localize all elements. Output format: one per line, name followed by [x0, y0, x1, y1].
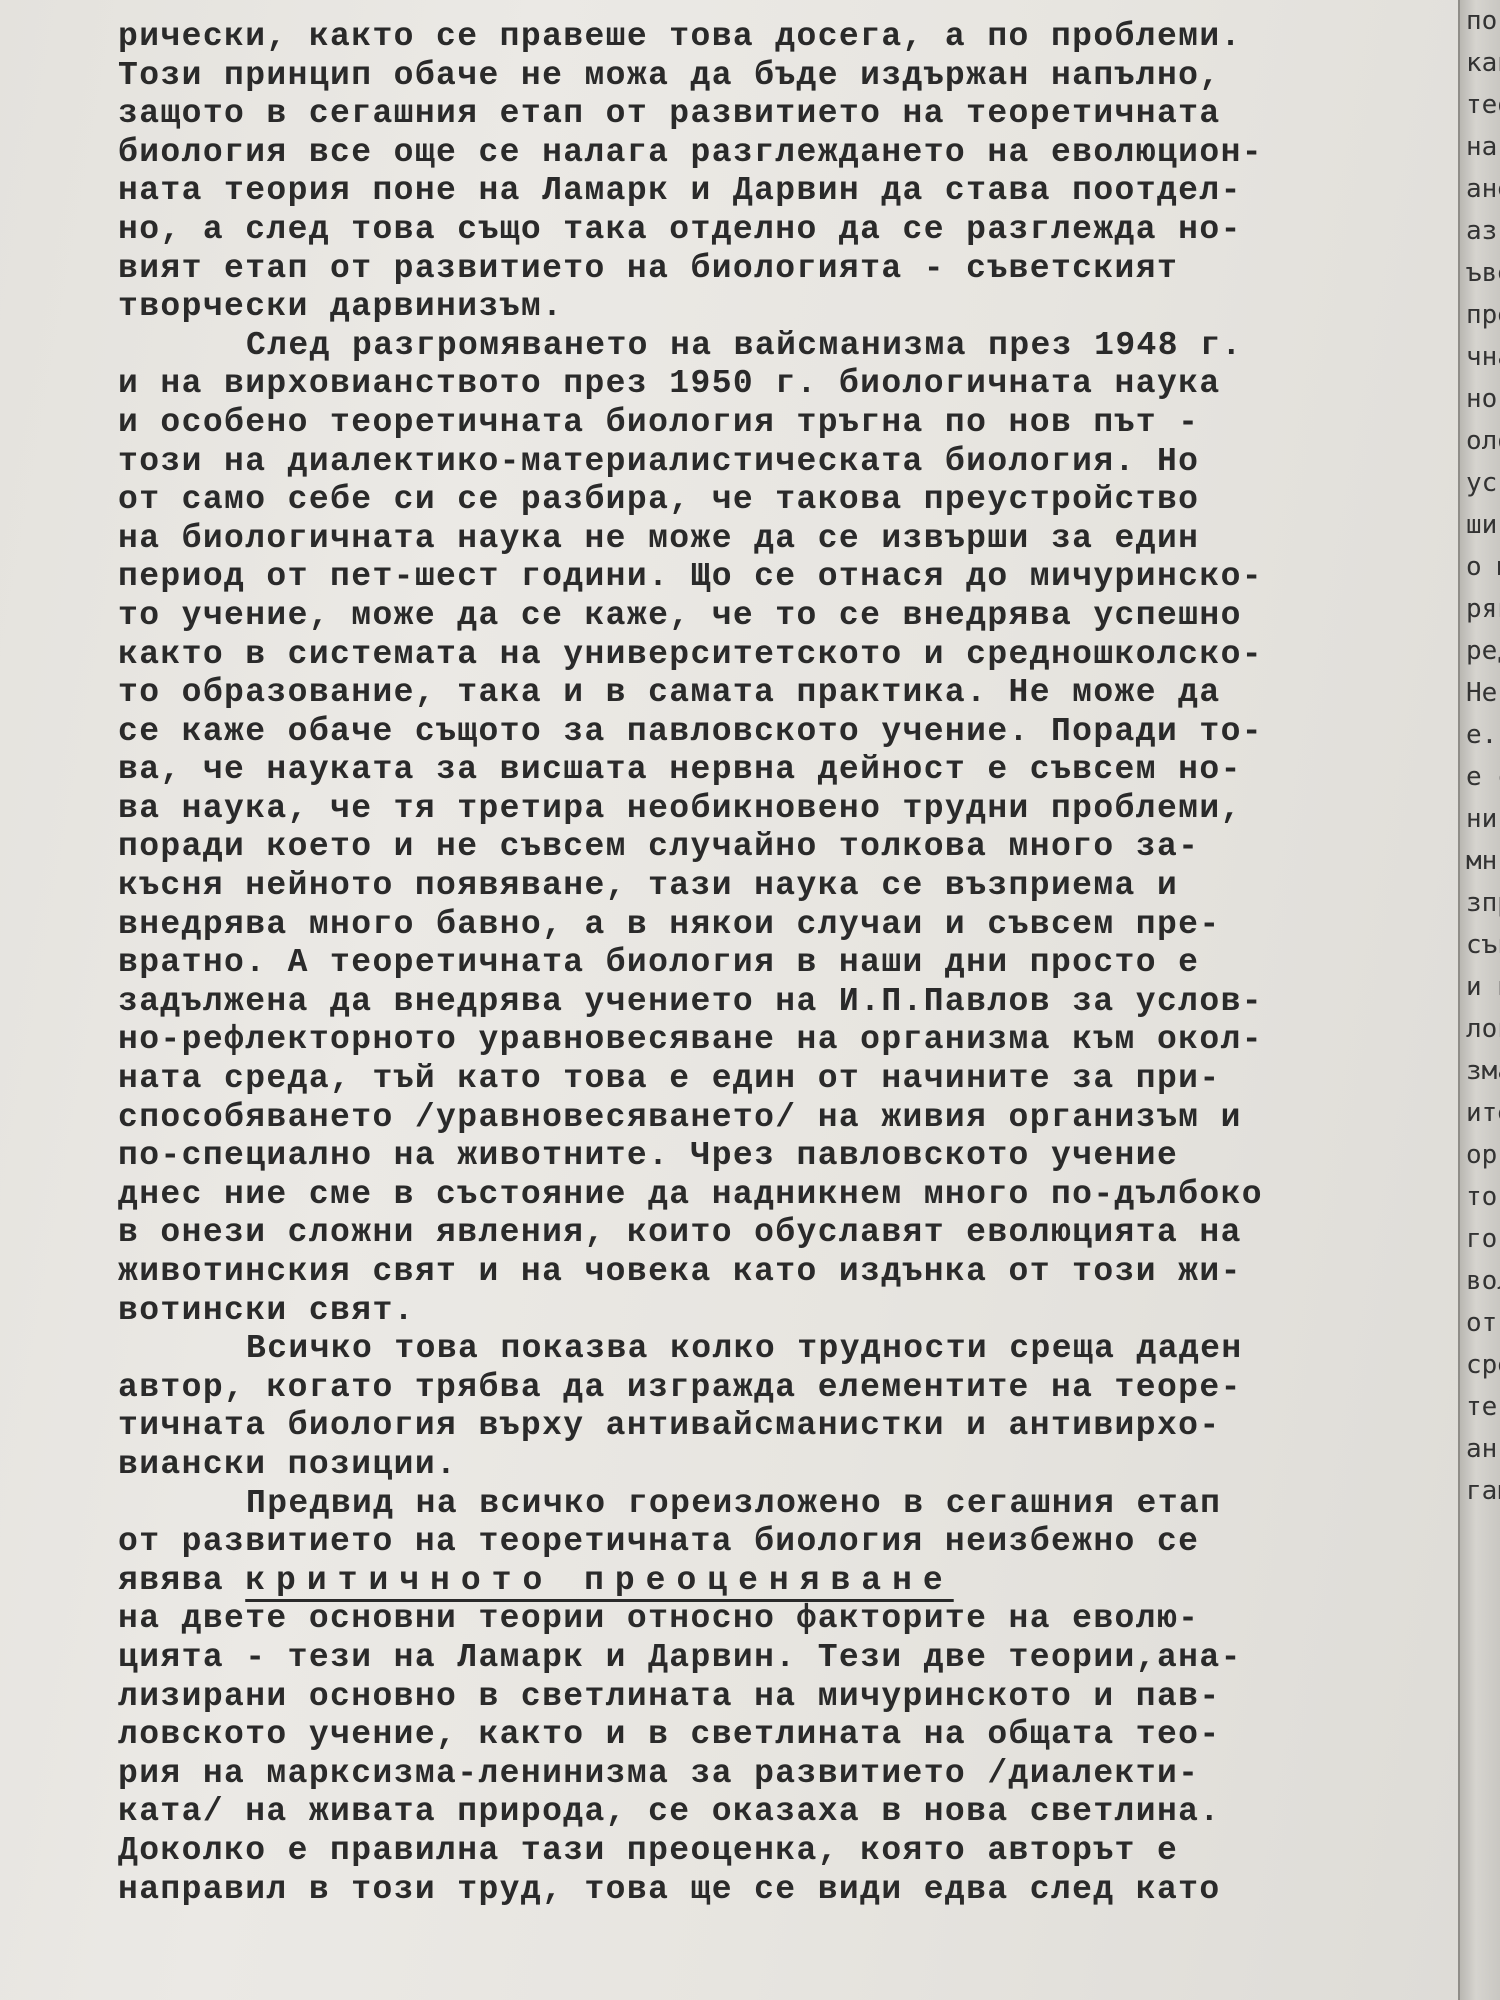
text-line: късня нейното появяване, тази наука се в…: [118, 867, 1448, 906]
edge-fragment: го: [1460, 1218, 1500, 1260]
text-line: този на диалектико-материалистическата б…: [118, 443, 1448, 482]
text-line: явява критичното преоценяване: [118, 1562, 1448, 1601]
edge-fragment: кан: [1460, 42, 1500, 84]
text-line: и особено теоретичната биология тръгна п…: [118, 404, 1448, 443]
text-line: Предвид на всичко гореизложено в сегашни…: [118, 1485, 1448, 1524]
edge-fragment: ане: [1460, 168, 1500, 210]
edge-fragment: то: [1460, 1176, 1500, 1218]
text-line: по-специално на животните. Чрез павловск…: [118, 1137, 1448, 1176]
edge-fragment: ите: [1460, 1092, 1500, 1134]
text-line: но, а след това също така отделно да се …: [118, 211, 1448, 250]
text-line: на биологичната наука не може да се извъ…: [118, 520, 1448, 559]
edge-fragment: е.: [1460, 714, 1500, 756]
edge-fragment: ряв: [1460, 588, 1500, 630]
edge-fragment: лов: [1460, 1008, 1500, 1050]
text-line: вотински свят.: [118, 1292, 1448, 1331]
edge-fragment: ант: [1460, 1428, 1500, 1470]
edge-fragment: пре: [1460, 294, 1500, 336]
text-line: ва, че науката за висшата нервна дейност…: [118, 751, 1448, 790]
text-line: рически, както се правеше това досега, а…: [118, 18, 1448, 57]
text-line: ната среда, тъй като това е един от начи…: [118, 1060, 1448, 1099]
text-line: период от пет-шест години. Що се отнася …: [118, 558, 1448, 597]
text-line: ловското учение, както и в светлината на…: [118, 1716, 1448, 1755]
edge-fragment: гаш: [1460, 1470, 1500, 1512]
text-line: биология все още се налага разглеждането…: [118, 134, 1448, 173]
text-line: защото в сегашния етап от развитието на …: [118, 95, 1448, 134]
text-line: от развитието на теоретичната биология н…: [118, 1523, 1448, 1562]
edge-fragment: о м: [1460, 546, 1500, 588]
text-line: се каже обаче същото за павловското учен…: [118, 713, 1448, 752]
text-line: то учение, може да се каже, че то се вне…: [118, 597, 1448, 636]
edge-fragment: ор: [1460, 1134, 1500, 1176]
text-line: от само себе си се разбира, че такова пр…: [118, 481, 1448, 520]
text-line: След разгромяването на вайсманизма през …: [118, 327, 1448, 366]
text-line: както в системата на университетското и …: [118, 636, 1448, 675]
text-line: ва наука, че тя третира необикновено тру…: [118, 790, 1448, 829]
text-line: творчески дарвинизъм.: [118, 288, 1448, 327]
text-line: поради което и не съвсем случайно толков…: [118, 828, 1448, 867]
text-line: способяването /уравновесяването/ на живи…: [118, 1099, 1448, 1138]
text-line: животинския свят и на човека като издънк…: [118, 1253, 1448, 1292]
edge-fragment: съв: [1460, 924, 1500, 966]
text-line: в онези сложни явления, които обуславят …: [118, 1214, 1448, 1253]
edge-fragment: вол: [1460, 1260, 1500, 1302]
text-line: Всичко това показва колко трудности срещ…: [118, 1330, 1448, 1369]
edge-fragment: ни: [1460, 798, 1500, 840]
edge-fragment: по: [1460, 0, 1500, 42]
text-line: и на вирховианството през 1950 г. биолог…: [118, 365, 1448, 404]
text-line: ката/ на живата природа, се оказаха в но…: [118, 1793, 1448, 1832]
text-line: вратно. А теоретичната биология в наши д…: [118, 944, 1448, 983]
text-line: вият етап от развитието на биологията - …: [118, 250, 1448, 289]
text-line: на двете основни теории относно факторит…: [118, 1600, 1448, 1639]
edge-fragment: ред: [1460, 630, 1500, 672]
text-line: направил в този труд, това ще се види ед…: [118, 1871, 1448, 1910]
edge-fragment: мн: [1460, 840, 1500, 882]
edge-fragment: Не: [1460, 672, 1500, 714]
edge-fragment: от: [1460, 1302, 1500, 1344]
text-line: цията - тези на Ламарк и Дарвин. Тези дв…: [118, 1639, 1448, 1678]
text-line: Този принцип обаче не можа да бъде издър…: [118, 57, 1448, 96]
edge-fragment: но: [1460, 378, 1500, 420]
text-line: задължена да внедрява учението на И.П.Па…: [118, 983, 1448, 1022]
text-line: автор, когато трябва да изгражда елемент…: [118, 1369, 1448, 1408]
edge-fragment: сре: [1460, 1344, 1500, 1386]
text-line: Доколко е правилна тази преоценка, която…: [118, 1832, 1448, 1871]
text-line: внедрява много бавно, а в някои случаи и…: [118, 906, 1448, 945]
text-line: рия на марксизма-ленинизма за развитието…: [118, 1755, 1448, 1794]
text-line: ната теория поне на Ламарк и Дарвин да с…: [118, 172, 1448, 211]
edge-fragment: и п: [1460, 966, 1500, 1008]
edge-fragment: оло: [1460, 420, 1500, 462]
text-line: виански позиции.: [118, 1446, 1448, 1485]
text-line: но-рефлекторното уравновесяване на орган…: [118, 1021, 1448, 1060]
adjacent-page-edge: покантеорнаанеазгъвепречнаноолоустшио мр…: [1458, 0, 1500, 2000]
text-line: лизирани основно в светлината на мичурин…: [118, 1678, 1448, 1717]
edge-fragment: уст: [1460, 462, 1500, 504]
text-line: тичната биология върху антивайсманистки …: [118, 1407, 1448, 1446]
edge-fragment: ши: [1460, 504, 1500, 546]
edge-fragment: ъве: [1460, 252, 1500, 294]
page-text-body: рически, както се правеше това досега, а…: [118, 18, 1448, 1909]
edge-fragment: зма: [1460, 1050, 1500, 1092]
edge-fragment: теор: [1460, 84, 1500, 126]
text-segment: явява: [118, 1562, 245, 1599]
edge-fragment: е с: [1460, 756, 1500, 798]
text-line: днес ние сме в състояние да надникнем мн…: [118, 1176, 1448, 1215]
edge-fragment: те: [1460, 1386, 1500, 1428]
typewritten-page: рически, както се правеше това досега, а…: [0, 0, 1460, 2000]
edge-fragment: чна: [1460, 336, 1500, 378]
edge-fragment: азг: [1460, 210, 1500, 252]
text-line: то образование, така и в самата практика…: [118, 674, 1448, 713]
emphasized-phrase: критичното преоценяване: [245, 1562, 953, 1599]
edge-fragment: зпр: [1460, 882, 1500, 924]
edge-fragment: на: [1460, 126, 1500, 168]
